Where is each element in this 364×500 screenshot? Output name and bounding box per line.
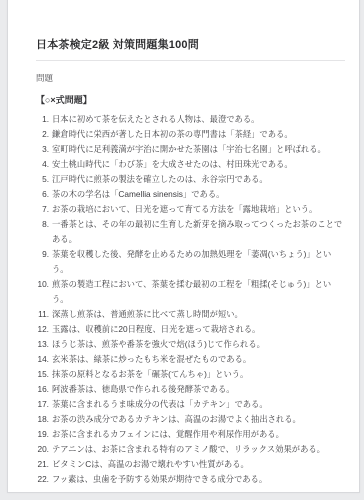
question-number: 19. [36, 427, 49, 442]
question-number: 16. [36, 382, 49, 397]
question-number: 1. [36, 112, 49, 127]
question-item: 14.玄米茶は、緑茶に炒ったもち米を混ぜたものである。 [36, 352, 345, 367]
question-text: 玄米茶は、緑茶に炒ったもち米を混ぜたものである。 [52, 352, 345, 367]
question-item: 17.茶葉に含まれるうま味成分の代表は「カテキン」である。 [36, 397, 345, 412]
question-text: 茶の木の学名は「Camellia sinensis」である。 [52, 187, 345, 202]
question-number: 10. [36, 277, 49, 292]
question-item: 22.フッ素は、虫歯を予防する効果が期待できる成分である。 [36, 472, 345, 487]
question-item: 9.茶葉を収穫した後、発酵を止めるための加熱処理を「萎凋(いちょう)」という。 [36, 247, 345, 277]
question-item: 1.日本に初めて茶を伝えたとされる人物は、最澄である。 [36, 112, 345, 127]
page-title: 日本茶検定2級 対策問題集100問 [36, 39, 345, 52]
question-item: 4.安土桃山時代に「わび茶」を大成させたのは、村田珠光である。 [36, 157, 345, 172]
question-item: 7.お茶の栽培において、日光を遮って育てる方法を「露地栽培」という。 [36, 202, 345, 217]
question-number: 9. [36, 247, 49, 262]
question-text: 鎌倉時代に栄西が著した日本初の茶の専門書は「茶経」である。 [52, 127, 345, 142]
question-item: 2.鎌倉時代に栄西が著した日本初の茶の専門書は「茶経」である。 [36, 127, 345, 142]
question-item: 5.江戸時代に煎茶の製法を確立したのは、永谷宗円である。 [36, 172, 345, 187]
question-number: 13. [36, 337, 49, 352]
section-label: 問題 [36, 73, 345, 83]
question-text: 一番茶とは、その年の最初に生育した新芽を摘み取ってつくったお茶のことである。 [52, 217, 345, 247]
question-item: 20.テアニンは、お茶に含まれる特有のアミノ酸で、リラックス効果がある。 [36, 442, 345, 457]
question-number: 17. [36, 397, 49, 412]
question-item: 8.一番茶とは、その年の最初に生育した新芽を摘み取ってつくったお茶のことである。 [36, 217, 345, 247]
question-text: 室町時代に足利義満が宇治に開かせた茶園は「宇治七名園」と呼ばれる。 [52, 142, 345, 157]
question-text: 茶葉を収穫した後、発酵を止めるための加熱処理を「萎凋(いちょう)」という。 [52, 247, 345, 277]
question-number: 4. [36, 157, 49, 172]
question-text: ビタミンCは、高温のお湯で壊れやすい性質がある。 [52, 457, 345, 472]
question-number: 2. [36, 127, 49, 142]
question-text: お茶の渋み成分であるカテキンは、高温のお湯でよく抽出される。 [52, 412, 345, 427]
question-number: 15. [36, 367, 49, 382]
question-number: 7. [36, 202, 49, 217]
question-text: 煎茶の製造工程において、茶葉を揉む最初の工程を「粗揉(そじゅう)」という。 [52, 277, 345, 307]
question-item: 12.玉露は、収穫前に20日程度、日光を遮って栽培される。 [36, 322, 345, 337]
question-number: 14. [36, 352, 49, 367]
question-item: 3.室町時代に足利義満が宇治に開かせた茶園は「宇治七名園」と呼ばれる。 [36, 142, 345, 157]
question-number: 12. [36, 322, 49, 337]
question-number: 18. [36, 412, 49, 427]
question-number: 6. [36, 187, 49, 202]
subsection-label: 【○×式問題】 [36, 95, 345, 106]
question-list: 1.日本に初めて茶を伝えたとされる人物は、最澄である。2.鎌倉時代に栄西が著した… [36, 112, 345, 487]
question-number: 20. [36, 442, 49, 457]
question-item: 15.抹茶の原料となるお茶を「碾茶(てんちゃ)」という。 [36, 367, 345, 382]
question-text: 日本に初めて茶を伝えたとされる人物は、最澄である。 [52, 112, 345, 127]
question-item: 18.お茶の渋み成分であるカテキンは、高温のお湯でよく抽出される。 [36, 412, 345, 427]
question-text: 抹茶の原料となるお茶を「碾茶(てんちゃ)」という。 [52, 367, 345, 382]
question-item: 21.ビタミンCは、高温のお湯で壊れやすい性質がある。 [36, 457, 345, 472]
question-number: 22. [36, 472, 49, 487]
document-page: 日本茶検定2級 対策問題集100問 問題 【○×式問題】 1.日本に初めて茶を伝… [7, 0, 360, 493]
question-text: 阿波番茶は、徳島県で作られる後発酵茶である。 [52, 382, 345, 397]
question-text: 安土桃山時代に「わび茶」を大成させたのは、村田珠光である。 [52, 157, 345, 172]
question-text: 江戸時代に煎茶の製法を確立したのは、永谷宗円である。 [52, 172, 345, 187]
question-item: 11.深蒸し煎茶は、普通煎茶に比べて蒸し時間が短い。 [36, 307, 345, 322]
question-number: 5. [36, 172, 49, 187]
question-item: 13.ほうじ茶は、煎茶や番茶を強火で焙(ほう)じて作られる。 [36, 337, 345, 352]
question-text: フッ素は、虫歯を予防する効果が期待できる成分である。 [52, 472, 345, 487]
question-text: お茶の栽培において、日光を遮って育てる方法を「露地栽培」という。 [52, 202, 345, 217]
question-number: 21. [36, 457, 49, 472]
question-item: 16.阿波番茶は、徳島県で作られる後発酵茶である。 [36, 382, 345, 397]
page-content: 日本茶検定2級 対策問題集100問 問題 【○×式問題】 1.日本に初めて茶を伝… [8, 0, 359, 487]
question-text: お茶に含まれるカフェインには、覚醒作用や利尿作用がある。 [52, 427, 345, 442]
question-text: ほうじ茶は、煎茶や番茶を強火で焙(ほう)じて作られる。 [52, 337, 345, 352]
question-text: 玉露は、収穫前に20日程度、日光を遮って栽培される。 [52, 322, 345, 337]
question-item: 10.煎茶の製造工程において、茶葉を揉む最初の工程を「粗揉(そじゅう)」という。 [36, 277, 345, 307]
question-item: 19.お茶に含まれるカフェインには、覚醒作用や利尿作用がある。 [36, 427, 345, 442]
question-text: テアニンは、お茶に含まれる特有のアミノ酸で、リラックス効果がある。 [52, 442, 345, 457]
question-item: 6.茶の木の学名は「Camellia sinensis」である。 [36, 187, 345, 202]
question-text: 深蒸し煎茶は、普通煎茶に比べて蒸し時間が短い。 [52, 307, 345, 322]
question-text: 茶葉に含まれるうま味成分の代表は「カテキン」である。 [52, 397, 345, 412]
question-number: 8. [36, 217, 49, 232]
question-number: 11. [36, 307, 49, 322]
title-divider [36, 60, 345, 61]
question-number: 3. [36, 142, 49, 157]
